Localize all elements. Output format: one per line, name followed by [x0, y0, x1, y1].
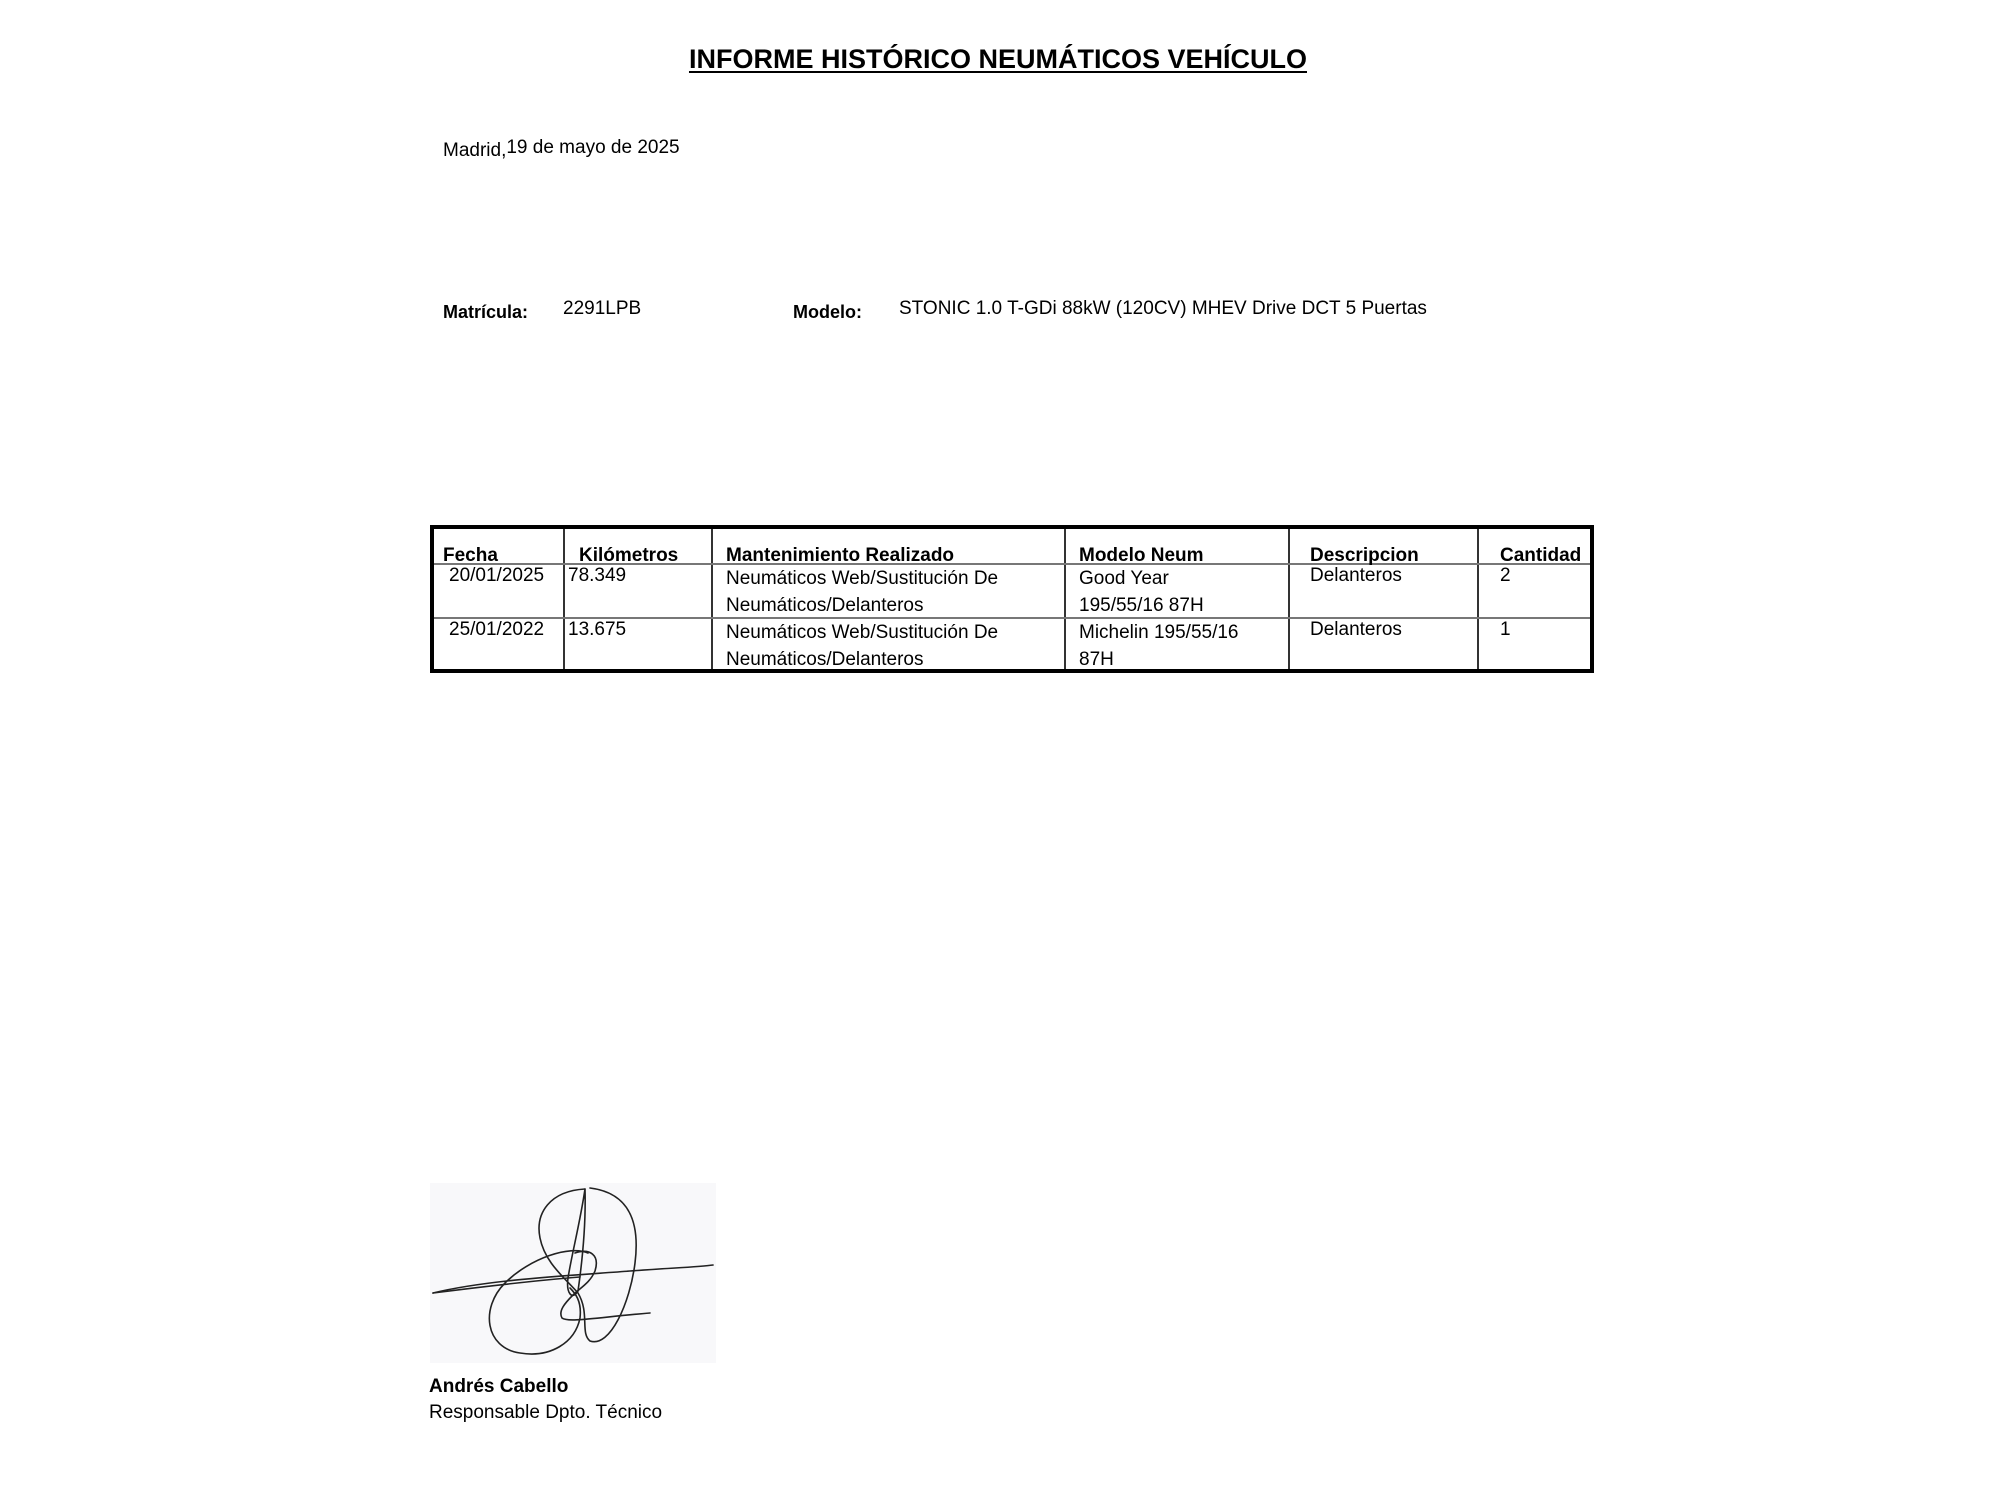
signature-image: [430, 1183, 716, 1363]
cell-km: 78.349: [568, 562, 626, 589]
cell-modelo-line1: Good Year: [1079, 565, 1169, 592]
place: Madrid,: [443, 140, 506, 161]
cell-fecha: 20/01/2025: [449, 562, 544, 589]
model-value: STONIC 1.0 T-GDi 88kW (120CV) MHEV Drive…: [899, 298, 1427, 320]
cell-descripcion: Delanteros: [1310, 616, 1402, 643]
cell-fecha: 25/01/2022: [449, 616, 544, 643]
cell-cantidad: 1: [1500, 616, 1511, 643]
cell-descripcion: Delanteros: [1310, 562, 1402, 589]
header-mantenimiento: Mantenimiento Realizado: [726, 545, 954, 567]
header-cantidad: Cantidad: [1500, 545, 1581, 567]
cell-mantenimiento-line2: Neumáticos/Delanteros: [726, 646, 923, 673]
plate-value: 2291LPB: [563, 298, 641, 320]
report-title: INFORME HISTÓRICO NEUMÁTICOS VEHÍCULO: [0, 44, 2000, 75]
cell-mantenimiento-line2: Neumáticos/Delanteros: [726, 592, 923, 619]
cell-modelo-line2: 87H: [1079, 646, 1114, 673]
plate-label: Matrícula:: [443, 302, 528, 323]
header-modelo-neum: Modelo Neum: [1079, 545, 1204, 567]
signer-role: Responsable Dpto. Técnico: [429, 1402, 662, 1424]
handwritten-signature-icon: [430, 1183, 716, 1363]
report-date: 19 de mayo de 2025: [506, 137, 679, 158]
place-date: Madrid,19 de mayo de 2025: [443, 137, 680, 159]
cell-km: 13.675: [568, 616, 626, 643]
cell-mantenimiento-line1: Neumáticos Web/Sustitución De: [726, 619, 998, 646]
cell-mantenimiento-line1: Neumáticos Web/Sustitución De: [726, 565, 998, 592]
tire-history-table: Fecha Kilómetros Mantenimiento Realizado…: [430, 525, 1594, 673]
model-label: Modelo:: [793, 302, 862, 323]
signer-name: Andrés Cabello: [429, 1376, 568, 1398]
cell-cantidad: 2: [1500, 562, 1511, 589]
column-divider: [1064, 529, 1066, 669]
cell-modelo-line2: 195/55/16 87H: [1079, 592, 1204, 619]
column-divider: [1477, 529, 1479, 669]
column-divider: [711, 529, 713, 669]
report-title-text: INFORME HISTÓRICO NEUMÁTICOS VEHÍCULO: [689, 44, 1307, 74]
column-divider: [563, 529, 565, 669]
column-divider: [1288, 529, 1290, 669]
cell-modelo-line1: Michelin 195/55/16: [1079, 619, 1239, 646]
